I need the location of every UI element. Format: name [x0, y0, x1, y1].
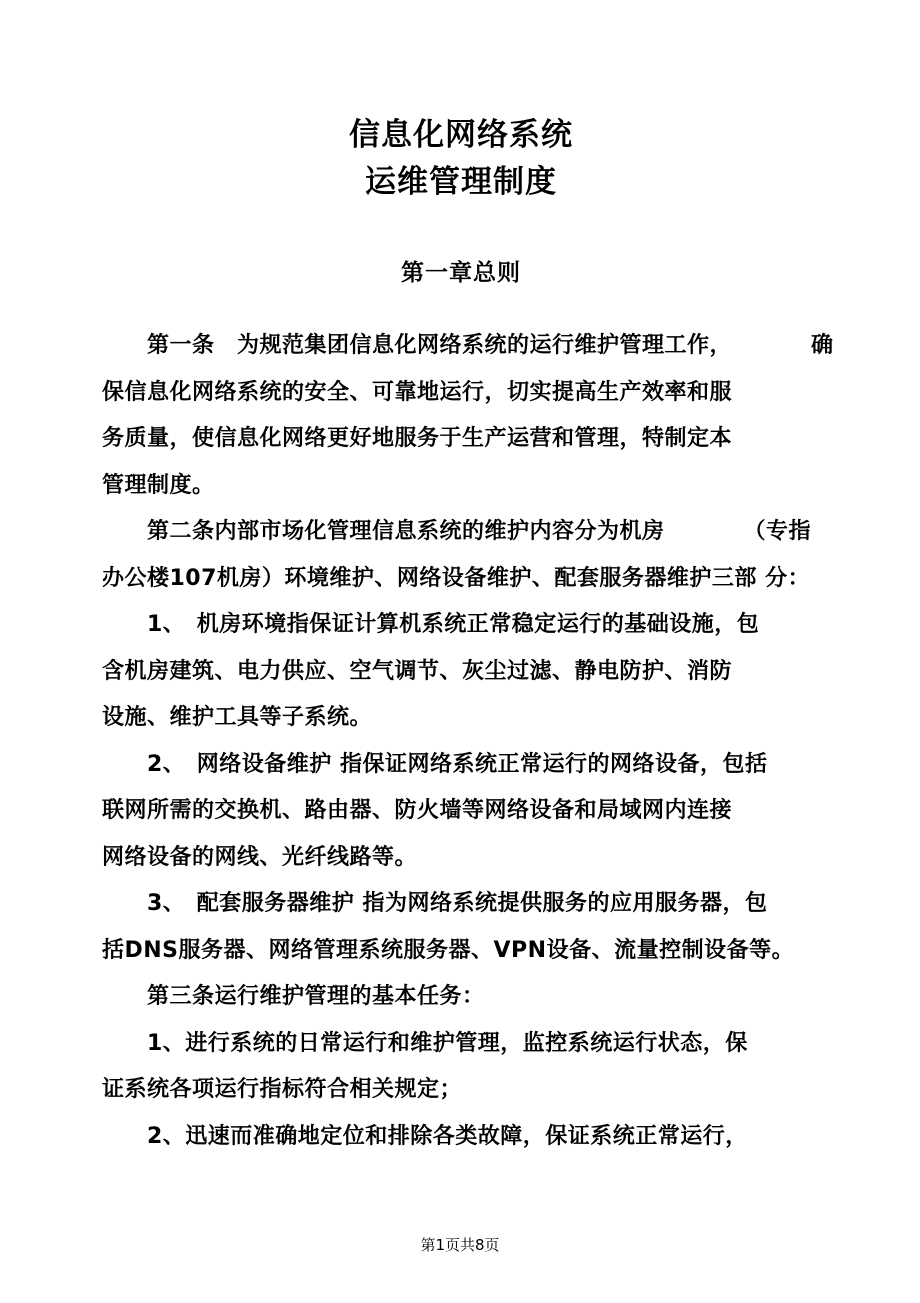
body-line: 3、 配套服务器维护 指为网络系统提供服务的应用服务器，包 [102, 881, 820, 928]
body-line: 第二条内部市场化管理信息系统的维护内容分为机房 （专指 [102, 509, 820, 556]
body-line: 联网所需的交换机、路由器、防火墙等网络设备和局域网内连接 [102, 788, 820, 835]
body-line: 1、进行系统的日常运行和维护管理，监控系统运行状态，保 [102, 1021, 820, 1068]
body-line: 设施、维护工具等子系统。 [102, 695, 820, 742]
body-line: 含机房建筑、电力供应、空气调节、灰尘过滤、静电防护、消防 [102, 649, 820, 696]
body-line: 务质量，使信息化网络更好地服务于生产运营和管理，特制定本 [102, 416, 820, 463]
body-line: 第一条 为规范集团信息化网络系统的运行维护管理工作， 确 [102, 323, 820, 370]
document-content: 信息化网络系统 运维管理制度 第一章总则 第一条 为规范集团信息化网络系统的运行… [102, 0, 820, 1160]
body-line: 括DNS服务器、网络管理系统服务器、VPN设备、流量控制设备等。 [102, 928, 820, 975]
body-line: 证系统各项运行指标符合相关规定； [102, 1067, 820, 1114]
body-line: 网络设备的网线、光纤线路等。 [102, 835, 820, 882]
body-line: 第三条运行维护管理的基本任务： [102, 974, 820, 1021]
chapter-heading: 第一章总则 [102, 258, 820, 288]
body-line: 办公楼107机房）环境维护、网络设备维护、配套服务器维护三部 分： [102, 556, 820, 603]
body-line: 2、 网络设备维护 指保证网络系统正常运行的网络设备，包括 [102, 742, 820, 789]
title-line-2: 运维管理制度 [102, 159, 820, 206]
document-body: 第一条 为规范集团信息化网络系统的运行维护管理工作， 确保信息化网络系统的安全、… [102, 323, 820, 1160]
title-line-1: 信息化网络系统 [102, 112, 820, 159]
body-line: 管理制度。 [102, 463, 820, 510]
body-line: 保信息化网络系统的安全、可靠地运行，切实提高生产效率和服 [102, 370, 820, 417]
document-page: 信息化网络系统 运维管理制度 第一章总则 第一条 为规范集团信息化网络系统的运行… [0, 0, 920, 1303]
document-title: 信息化网络系统 运维管理制度 [102, 112, 820, 206]
body-line: 2、迅速而准确地定位和排除各类故障，保证系统正常运行， [102, 1114, 820, 1161]
page-footer: 第1页共8页 [0, 1234, 920, 1255]
body-line: 1、 机房环境指保证计算机系统正常稳定运行的基础设施，包 [102, 602, 820, 649]
